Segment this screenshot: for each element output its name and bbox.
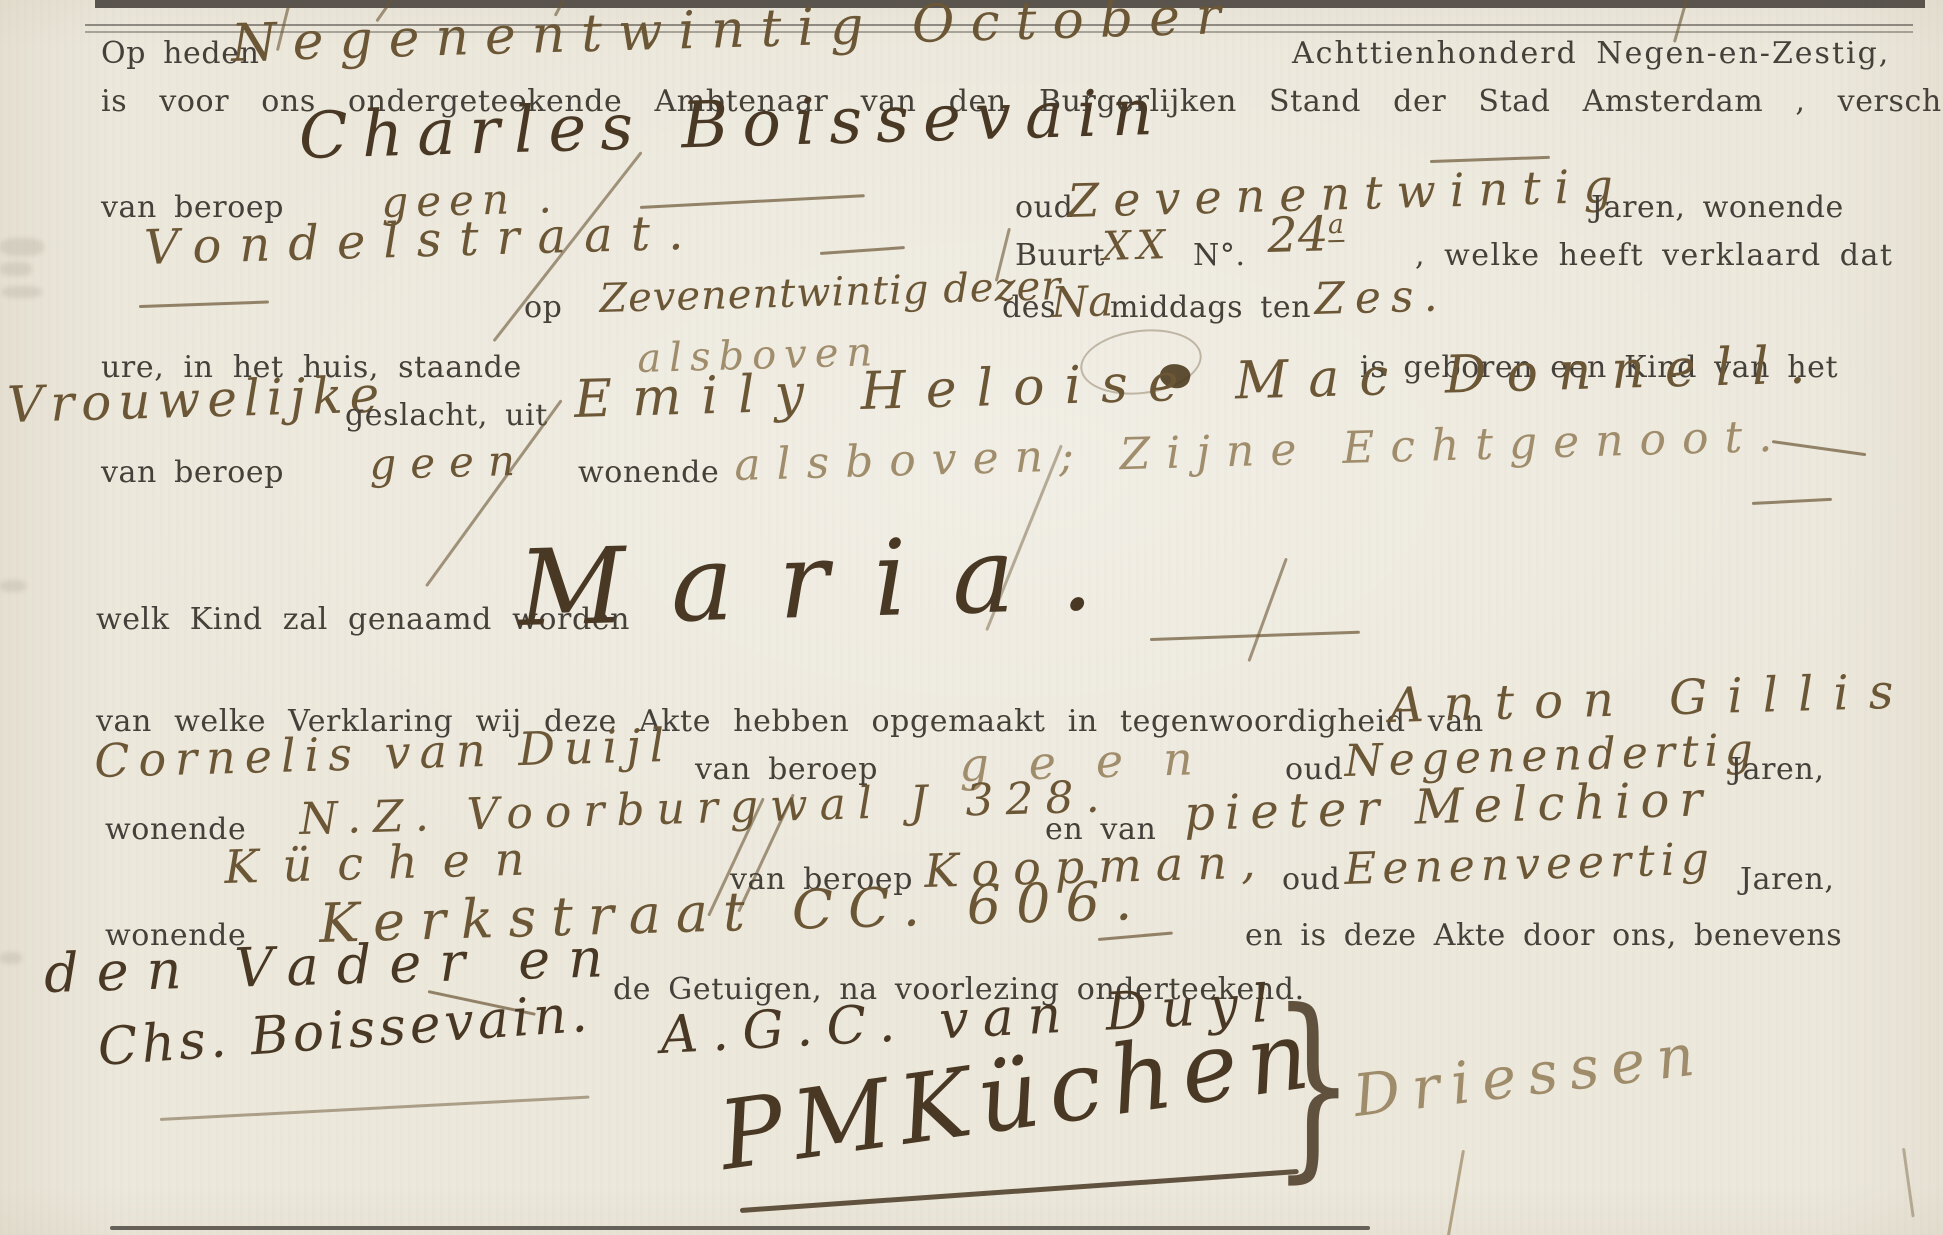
bottom-rule	[110, 1226, 1370, 1230]
handwritten-birth-hour: Zes.	[1314, 270, 1449, 325]
handwritten-witness2-age: Eenenveertig	[1344, 834, 1716, 895]
ink-dash	[139, 300, 269, 307]
label-van-beroep-2: van beroep	[101, 455, 284, 490]
handwritten-day-part: Na	[1051, 276, 1114, 327]
label-nr: N°.	[1193, 238, 1246, 273]
label-geslacht-uit: geslacht, uit	[345, 398, 548, 433]
signature-registrar: Driessen	[1350, 1019, 1710, 1130]
label-jaren-1: Jaren,	[1730, 752, 1824, 787]
handwritten-child-gender: Vrouwelijke	[6, 365, 387, 434]
ink-dash	[820, 246, 905, 254]
handwritten-date: Negenentwintig October	[230, 0, 1237, 74]
printed-year: Achttienhonderd Negen-en-Zestig,	[1292, 36, 1890, 71]
ink-flourish	[1447, 1150, 1465, 1235]
bleed-through-mark	[2, 286, 42, 298]
label-middags-ten: middags ten	[1110, 290, 1311, 325]
printed-welke-heeft: , welke heeft verklaard dat	[1415, 238, 1893, 273]
handwritten-birth-day: Zevenentwintig dezer	[599, 263, 1062, 322]
handwritten-mother-occupation: geen	[369, 436, 530, 489]
bleed-through-mark	[0, 238, 44, 256]
label-jaren-2: Jaren,	[1740, 862, 1834, 897]
handwritten-witness2-name-a: pieter Melchior	[1183, 771, 1713, 842]
ink-dash	[1752, 498, 1832, 505]
signature-brace: }	[1272, 968, 1355, 1201]
handwritten-witness2-name-b: Küchen	[223, 831, 550, 894]
bleed-through-mark	[0, 580, 26, 592]
bleed-through-mark	[0, 262, 32, 276]
handwritten-declarant-age: Zevenentwintig	[1066, 158, 1627, 228]
bleed-through-mark	[0, 952, 22, 964]
label-jaren-wonende: Jaren, wonende	[1591, 190, 1844, 225]
birth-record-page: Op heden Negenentwintig October Achttien…	[0, 0, 1943, 1235]
label-wonende-1: wonende	[578, 455, 719, 490]
label-des: des	[1002, 290, 1056, 325]
label-oud-1: oud	[1015, 190, 1073, 225]
handwritten-house-number: 24a	[1266, 206, 1344, 264]
printed-akte-benevens: en is deze Akte door ons, benevens	[1245, 918, 1842, 953]
label-oud-3: oud	[1282, 862, 1340, 897]
handwritten-witness1-name-a: Anton Gillis	[1388, 663, 1914, 734]
handwritten-buurt-code: XX	[1102, 222, 1172, 270]
handwritten-mother-residence: alsboven; Zijne Echtgenoot.	[734, 411, 1789, 491]
signature-underline	[160, 1095, 590, 1120]
house-number-superscript: a	[1328, 209, 1345, 242]
handwritten-child-name: Maria.	[517, 511, 1140, 650]
ink-flourish	[1902, 1148, 1914, 1218]
ink-slash	[1247, 558, 1287, 662]
